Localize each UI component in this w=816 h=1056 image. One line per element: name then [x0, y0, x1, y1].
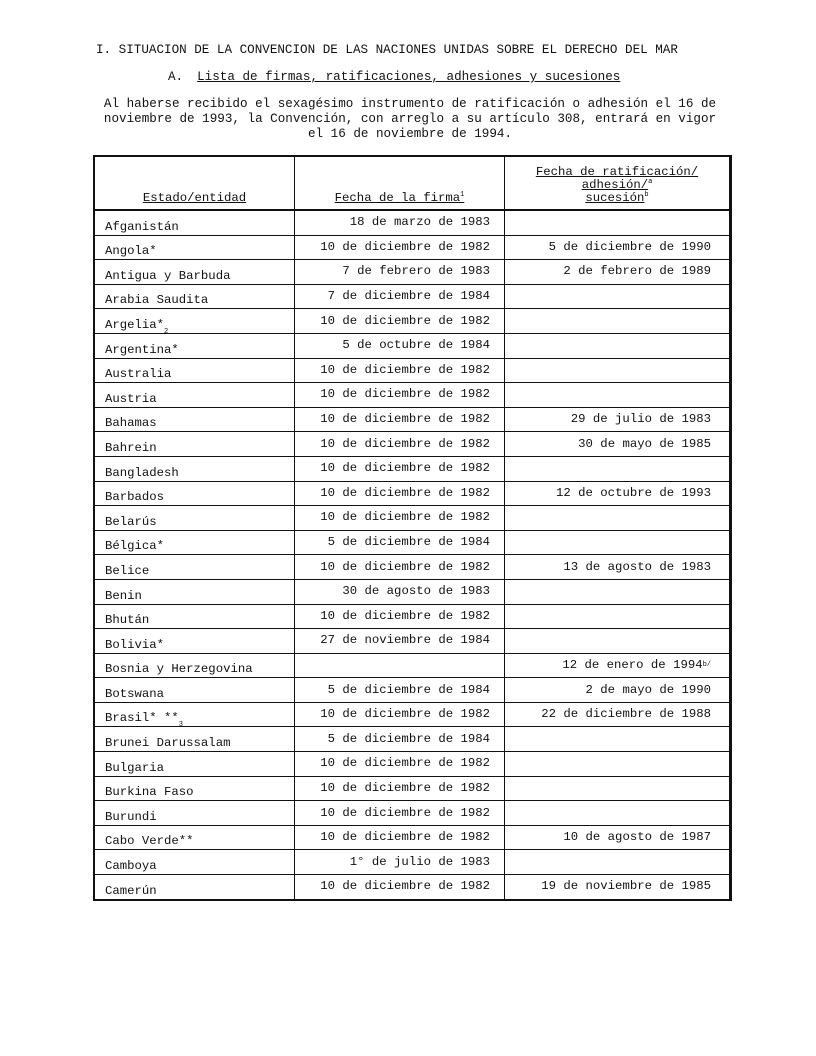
table-row: Benin30 de agosto de 1983	[95, 580, 729, 605]
table-row: Botswana5 de diciembre de 19842 de mayo …	[95, 678, 729, 703]
table-row: Argentina*5 de octubre de 1984	[95, 334, 729, 359]
signature-date-cell: 10 de diciembre de 1982	[295, 457, 505, 481]
header-state: Estado/entidad	[95, 157, 295, 209]
table-row: Antigua y Barbuda7 de febrero de 19832 d…	[95, 260, 729, 285]
state-cell: Camboya	[95, 850, 295, 874]
ratification-date-cell	[505, 629, 729, 653]
signature-date-cell: 10 de diciembre de 1982	[295, 432, 505, 456]
table-row: Brunei Darussalam5 de diciembre de 1984	[95, 727, 729, 752]
state-cell: Bosnia y Herzegovina	[95, 654, 295, 678]
header-ratification: Fecha de ratificación/ adhesión/a sucesi…	[505, 157, 729, 209]
signature-date-cell: 5 de diciembre de 1984	[295, 678, 505, 702]
ratification-date-cell	[505, 580, 729, 604]
table-row: Barbados10 de diciembre de 198212 de oct…	[95, 482, 729, 507]
ratification-date-cell	[505, 309, 729, 333]
table-row: Camerún10 de diciembre de 198219 de novi…	[95, 875, 729, 899]
table-row: Cabo Verde**10 de diciembre de 198210 de…	[95, 826, 729, 851]
state-cell: Bélgica*	[95, 531, 295, 555]
table-row: Bolivia*27 de noviembre de 1984	[95, 629, 729, 654]
table-row: Argelia*210 de diciembre de 1982	[95, 309, 729, 334]
state-cell: Brunei Darussalam	[95, 727, 295, 751]
table-row: Bahamas10 de diciembre de 198229 de juli…	[95, 408, 729, 433]
signature-date-cell: 18 de marzo de 1983	[295, 211, 505, 235]
state-cell: Bangladesh	[95, 457, 295, 481]
ratification-date-cell	[505, 850, 729, 874]
state-cell: Botswana	[95, 678, 295, 702]
ratification-date-cell: 13 de agosto de 1983	[505, 555, 729, 579]
table-row: Arabia Saudita7 de diciembre de 1984	[95, 285, 729, 310]
state-cell: Argelia*2	[95, 309, 295, 333]
state-cell: Antigua y Barbuda	[95, 260, 295, 284]
ratification-date-cell	[505, 752, 729, 776]
state-cell: Bolivia*	[95, 629, 295, 653]
table-row: Angola*10 de diciembre de 19825 de dicie…	[95, 236, 729, 261]
state-cell: Bulgaria	[95, 752, 295, 776]
ratification-date-cell: 30 de mayo de 1985	[505, 432, 729, 456]
ratification-date-cell	[505, 506, 729, 530]
ratification-date-cell: 12 de octubre de 1993	[505, 482, 729, 506]
signature-date-cell: 10 de diciembre de 1982	[295, 801, 505, 825]
ratification-date-cell	[505, 531, 729, 555]
ratification-date-cell	[505, 777, 729, 801]
state-cell: Burkina Faso	[95, 777, 295, 801]
state-cell: Bhután	[95, 605, 295, 629]
ratification-date-cell: 2 de mayo de 1990	[505, 678, 729, 702]
signature-date-cell: 10 de diciembre de 1982	[295, 875, 505, 899]
ratification-date-cell	[505, 383, 729, 407]
signature-date-cell: 5 de diciembre de 1984	[295, 727, 505, 751]
ratification-date-cell	[505, 727, 729, 751]
header-signature: Fecha de la firma1	[295, 157, 505, 209]
signature-date-cell: 5 de octubre de 1984	[295, 334, 505, 358]
signature-date-cell: 5 de diciembre de 1984	[295, 531, 505, 555]
table-row: Burundi10 de diciembre de 1982	[95, 801, 729, 826]
state-cell: Camerún	[95, 875, 295, 899]
signature-date-cell: 10 de diciembre de 1982	[295, 605, 505, 629]
signature-date-cell: 10 de diciembre de 1982	[295, 506, 505, 530]
state-cell: Bahrein	[95, 432, 295, 456]
table-row: Bahrein10 de diciembre de 198230 de mayo…	[95, 432, 729, 457]
state-cell: Arabia Saudita	[95, 285, 295, 309]
ratification-date-cell	[505, 801, 729, 825]
ratification-date-cell: 29 de julio de 1983	[505, 408, 729, 432]
table-row: Bhután10 de diciembre de 1982	[95, 605, 729, 630]
table-row: Bangladesh10 de diciembre de 1982	[95, 457, 729, 482]
state-cell: Burundi	[95, 801, 295, 825]
table-row: Bulgaria10 de diciembre de 1982	[95, 752, 729, 777]
signature-date-cell: 7 de diciembre de 1984	[295, 285, 505, 309]
state-cell: Argentina*	[95, 334, 295, 358]
state-cell: Cabo Verde**	[95, 826, 295, 850]
ratification-date-cell: 12 de enero de 1994b/	[505, 654, 729, 678]
state-cell: Angola*	[95, 236, 295, 260]
signature-date-cell: 10 de diciembre de 1982	[295, 555, 505, 579]
signature-date-cell: 30 de agosto de 1983	[295, 580, 505, 604]
table-row: Bosnia y Herzegovina12 de enero de 1994b…	[95, 654, 729, 679]
table-row: Brasil* **310 de diciembre de 198222 de …	[95, 703, 729, 728]
signature-date-cell: 10 de diciembre de 1982	[295, 383, 505, 407]
intro-paragraph: Al haberse recibido el sexagésimo instru…	[100, 97, 720, 142]
signature-date-cell: 10 de diciembre de 1982	[295, 359, 505, 383]
ratification-date-cell: 2 de febrero de 1989	[505, 260, 729, 284]
signature-date-cell: 10 de diciembre de 1982	[295, 482, 505, 506]
section-letter: A.	[168, 70, 183, 84]
table-row: Bélgica*5 de diciembre de 1984	[95, 531, 729, 556]
signature-date-cell: 10 de diciembre de 1982	[295, 309, 505, 333]
table-row: Belice10 de diciembre de 198213 de agost…	[95, 555, 729, 580]
ratification-date-cell	[505, 457, 729, 481]
state-cell: Belice	[95, 555, 295, 579]
signature-date-cell: 1° de julio de 1983	[295, 850, 505, 874]
table-row: Austria10 de diciembre de 1982	[95, 383, 729, 408]
signature-date-cell: 10 de diciembre de 1982	[295, 826, 505, 850]
state-cell: Austria	[95, 383, 295, 407]
state-cell: Afganistán	[95, 211, 295, 235]
ratification-date-cell	[505, 605, 729, 629]
ratification-date-cell	[505, 334, 729, 358]
signatures-table: Estado/entidad Fecha de la firma1 Fecha …	[93, 155, 732, 901]
signature-date-cell: 27 de noviembre de 1984	[295, 629, 505, 653]
table-row: Camboya1° de julio de 1983	[95, 850, 729, 875]
table-row: Burkina Faso10 de diciembre de 1982	[95, 777, 729, 802]
document-title: I. SITUACION DE LA CONVENCION DE LAS NAC…	[96, 43, 678, 57]
table-header: Estado/entidad Fecha de la firma1 Fecha …	[95, 157, 729, 211]
state-cell: Barbados	[95, 482, 295, 506]
table-row: Belarús10 de diciembre de 1982	[95, 506, 729, 531]
signature-date-cell	[295, 654, 505, 678]
table-body: Afganistán18 de marzo de 1983Angola*10 d…	[95, 211, 729, 899]
section-title: Lista de firmas, ratificaciones, adhesio…	[197, 70, 620, 84]
state-cell: Belarús	[95, 506, 295, 530]
table-row: Afganistán18 de marzo de 1983	[95, 211, 729, 236]
signature-date-cell: 10 de diciembre de 1982	[295, 777, 505, 801]
state-cell: Brasil* **3	[95, 703, 295, 727]
signature-date-cell: 10 de diciembre de 1982	[295, 236, 505, 260]
signature-date-cell: 10 de diciembre de 1982	[295, 703, 505, 727]
ratification-date-cell: 19 de noviembre de 1985	[505, 875, 729, 899]
state-cell: Australia	[95, 359, 295, 383]
signature-date-cell: 10 de diciembre de 1982	[295, 752, 505, 776]
section-heading: A.Lista de firmas, ratificaciones, adhes…	[168, 70, 620, 84]
table-row: Australia10 de diciembre de 1982	[95, 359, 729, 384]
signature-date-cell: 10 de diciembre de 1982	[295, 408, 505, 432]
ratification-date-cell: 22 de diciembre de 1988	[505, 703, 729, 727]
ratification-date-cell	[505, 285, 729, 309]
state-cell: Bahamas	[95, 408, 295, 432]
ratification-date-cell	[505, 359, 729, 383]
signature-date-cell: 7 de febrero de 1983	[295, 260, 505, 284]
ratification-date-cell: 5 de diciembre de 1990	[505, 236, 729, 260]
ratification-date-cell	[505, 211, 729, 235]
ratification-date-cell: 10 de agosto de 1987	[505, 826, 729, 850]
state-cell: Benin	[95, 580, 295, 604]
